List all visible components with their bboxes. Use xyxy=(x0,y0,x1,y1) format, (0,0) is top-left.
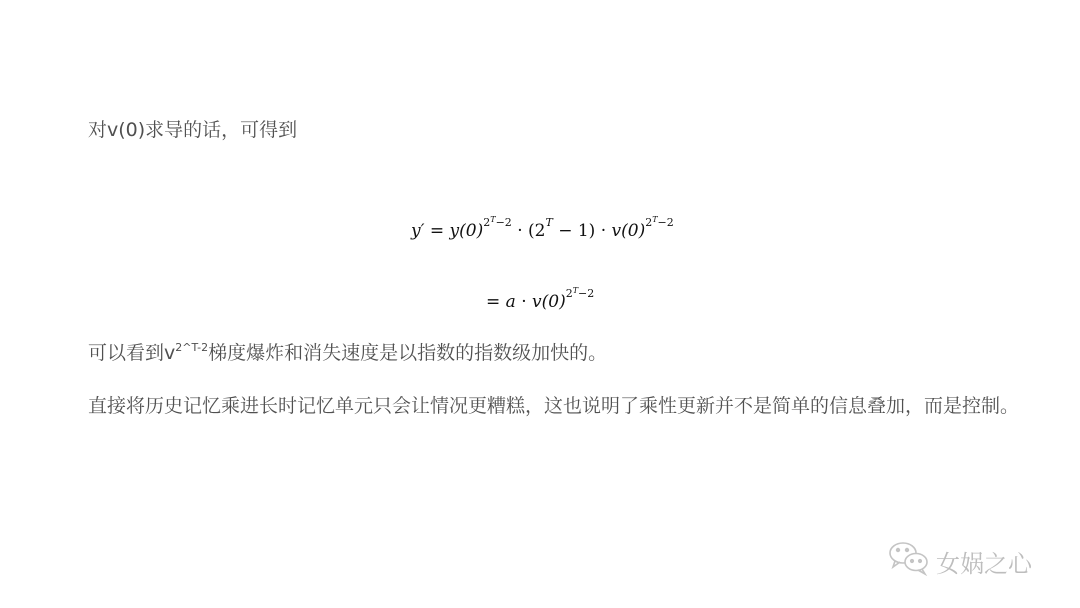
eq1-equals: = xyxy=(430,221,444,241)
eq1-term1: y(0) xyxy=(450,221,484,241)
eq2-exponent: 2T−2 xyxy=(566,287,595,300)
watermark: 女娲之心 xyxy=(888,540,1032,582)
observation-text: 可以看到v2^T-2梯度爆炸和消失速度是以指数的指数级加快的。 xyxy=(88,335,607,366)
observation-suffix: 梯度爆炸和消失速度是以指数的指数级加快的。 xyxy=(208,342,607,364)
eq1-dot2: · xyxy=(601,221,606,241)
eq2-a: a xyxy=(506,292,516,312)
observation-superscript: 2^T-2 xyxy=(175,341,208,354)
conclusion-text: 直接将历史记忆乘进长时记忆单元只会让情况更糟糕，这也说明了乘性更新并不是简单的信… xyxy=(88,393,1038,419)
eq1-lhs: y′ xyxy=(411,221,424,241)
equation-simplified: = a · v(0)2T−2 xyxy=(486,286,594,312)
eq1-term3: v(0) xyxy=(612,221,646,241)
eq1-term3-exponent: 2T−2 xyxy=(645,216,674,229)
observation-prefix: 可以看到v xyxy=(88,342,175,364)
eq1-term2: (2T − 1) xyxy=(528,221,595,241)
equation-derivative: y′ = y(0)2T−2 · (2T − 1) · v(0)2T−2 xyxy=(411,215,674,241)
eq1-term1-exponent: 2T−2 xyxy=(483,216,512,229)
wechat-icon xyxy=(888,540,930,582)
eq1-dot: · xyxy=(517,221,522,241)
eq2-equals: = xyxy=(486,292,500,312)
eq2-term: v(0) xyxy=(532,292,566,312)
watermark-text: 女娲之心 xyxy=(936,544,1032,579)
eq2-dot: · xyxy=(521,292,526,312)
intro-text: 对v(0)求导的话，可得到 xyxy=(88,117,297,143)
